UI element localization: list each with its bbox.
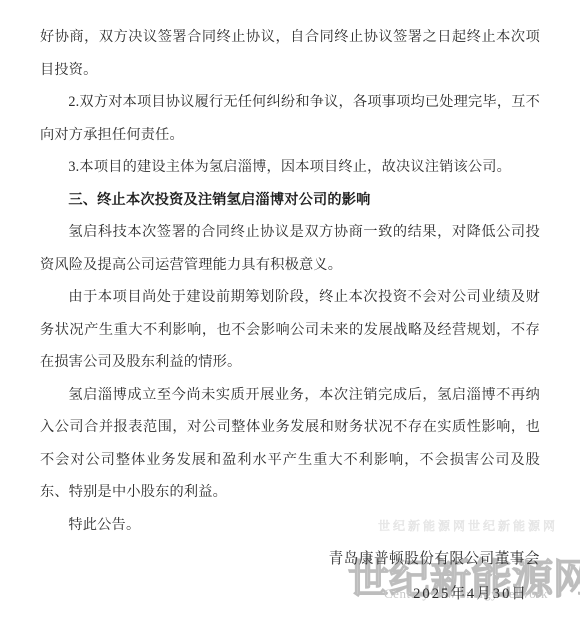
paragraph-impact-3: 氢启淄博成立至今尚未实质开展业务，本次注销完成后，氢启淄博不再纳入公司合并报表范… — [40, 379, 540, 509]
paragraph-item-2: 2.双方对本项目协议履行无任何纠纷和争议，各项事项均已处理完毕，互不向对方承担任… — [40, 86, 540, 151]
document-body: 好协商，双方决议签署合同终止协议，自合同终止协议签署之日起终止本次项目投资。 2… — [0, 0, 580, 612]
paragraph-impact-1: 氢启科技本次签署的合同终止协议是双方协商一致的结果，对降低公司投资风险及提高公司… — [40, 216, 540, 281]
paragraph-item-3: 3.本项目的建设主体为氢启淄博，因本项目终止，故决议注销该公司。 — [40, 151, 540, 184]
paragraph-continuation: 好协商，双方决议签署合同终止协议，自合同终止协议签署之日起终止本次项目投资。 — [40, 21, 540, 86]
signature-company: 青岛康普顿股份有限公司董事会 — [40, 542, 540, 577]
signature-block: 青岛康普顿股份有限公司董事会 2025年4月30日 — [40, 542, 540, 612]
announcement-page: 世纪新能源网世纪新能源网 世纪新能源网 Century new energy n… — [0, 0, 580, 619]
section-heading: 三、终止本次投资及注销氢启淄博对公司的影响 — [40, 184, 540, 217]
signature-date: 2025年4月30日 — [40, 577, 540, 612]
paragraph-closing: 特此公告。 — [40, 509, 540, 542]
paragraph-impact-2: 由于本项目尚处于建设前期筹划阶段，终止本次投资不会对公司业绩及财务状况产生重大不… — [40, 281, 540, 379]
